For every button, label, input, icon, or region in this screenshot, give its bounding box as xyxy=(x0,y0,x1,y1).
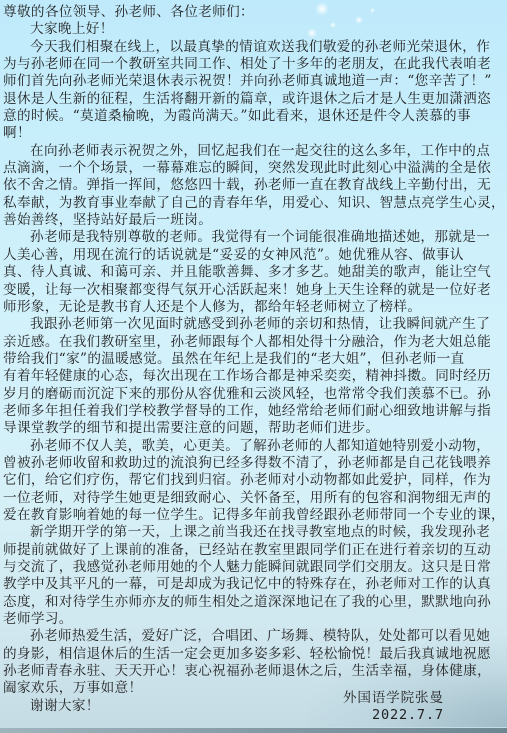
paragraph-5-line: 它们，给它们疗伤，帮它们找到归宿。孙老师对小动物都如此爱护，同样，作为 xyxy=(3,472,503,489)
paragraph-6-line: 与交流了，我感觉孙老师用她的个人魅力能瞬间就跟同学们交朋友。这只是日常 xyxy=(3,559,503,576)
paragraph-4-line: 带给我们“家”的温暖感觉。虽然在年纪上是我们的“老大姐”，但孙老师一直 xyxy=(3,351,503,368)
retirement-speech: 尊敬的各位领导、孙老师、各位老师们： 大家晚上好！ 今天我们相聚在线上，以最真挚… xyxy=(3,4,503,715)
signature: 外国语学院张曼 xyxy=(343,690,444,707)
paragraph-1-line: 退休是人生新的征程，生活将翻开新的篇章，或许退休之后才是人生更加潇洒恣 xyxy=(3,91,503,108)
paragraph-6-line: 老师学习。 xyxy=(3,611,503,628)
paragraph-1-line: 师们首先向孙老师光荣退休表示祝贺！并向孙老师真诚地道一声：“您辛苦了！” xyxy=(3,73,503,90)
paragraph-4-line: 导课堂教学的细节和提出需要注意的问题，帮助老师们进步。 xyxy=(3,420,503,437)
paragraph-6-line: 态度，和对待学生亦师亦友的师生相处之道深深地记在了我的心里，默默地向孙 xyxy=(3,594,503,611)
paragraph-3-line: 真、待人真诚、和蔼可亲、并且能歌善舞、多才多艺。她甜美的歌声，能让空气 xyxy=(3,264,503,281)
greeting: 大家晚上好！ xyxy=(3,21,503,38)
paragraph-4-line: 老师多年担任着我们学校教学督导的工作，她经常给老师们耐心细致地讲解与指 xyxy=(3,403,503,420)
paragraph-1-line: 今天我们相聚在线上，以最真挚的情谊欢送我们敬爱的孙老师光荣退休，作 xyxy=(3,39,503,56)
paragraph-4-line: 亲近感。在我们教研室里，孙老师跟每个人都相处得十分融洽，作为老大姐总能 xyxy=(3,334,503,351)
paragraph-2-line: 依不舍之情。弹指一挥间，悠悠四十载，孙老师一直在教育战线上辛勤付出，无 xyxy=(3,177,503,194)
paragraph-6-line: 师提前就做好了上课前的准备，已经站在教室里跟同学们正在进行着亲切的互动 xyxy=(3,542,503,559)
paragraph-3-line: 师形象，无论是教书育人还是个人修为，都给年轻老师树立了榜样。 xyxy=(3,299,503,316)
paragraph-2-line: 善始善终，坚持站好最后一班岗。 xyxy=(3,212,503,229)
paragraph-4-line: 我跟孙老师第一次见面时就感受到孙老师的亲切和热情，让我瞬间就产生了 xyxy=(3,316,503,333)
date: 2022.7.7 xyxy=(372,707,444,724)
paragraph-6-line: 教学中及其平凡的一幕，可是却成为我记忆中的特殊存在，孙老师对工作的认真 xyxy=(3,576,503,593)
paragraph-4-line: 有着年轻健康的心态，每次出现在工作场合都是神采奕奕，精神抖擞。同时经历 xyxy=(3,368,503,385)
paragraph-7-line: 孙老师热爱生活，爱好广泛，合唱团、广场舞、模特队，处处都可以看见她 xyxy=(3,628,503,645)
paragraph-7-line: 的身影，相信退休后的生活一定会更加多姿多彩、轻松愉悦！最后我真诚地祝愿 xyxy=(3,646,503,663)
paragraph-5-line: 一位老师，对待学生她更是细致耐心、关怀备至，用所有的包容和润物细无声的 xyxy=(3,490,503,507)
paragraph-3-line: 孙老师是我特别尊敬的老师。我觉得有一个词能很准确地描述她，那就是一 xyxy=(3,229,503,246)
paragraph-7-line: 孙老师青春永驻、天天开心！衷心祝福孙老师退休之后，生活幸福，身体健康， xyxy=(3,663,503,680)
paragraph-3-line: 人美心善，用现在流行的话说就是“妥妥的女神风范”。她优雅从容、做事认 xyxy=(3,247,503,264)
paragraph-5-line: 曾被孙老师收留和救助过的流浪狗已经多得数不清了，孙老师都是自己花钱喂养 xyxy=(3,455,503,472)
bottom-border xyxy=(0,728,507,733)
paragraph-6-line: 新学期开学的第一天，上课之前当我还在找寻教室地点的时候，我发现孙老 xyxy=(3,524,503,541)
paragraph-2-line: 在向孙老师表示祝贺之外，回忆起我们在一起交往的这么多年，工作中的点 xyxy=(3,143,503,160)
paragraph-5-line: 爱在教育影响着她的每一位学生。记得多年前我曾经跟孙老师带同一个专业的课， xyxy=(3,507,503,524)
paragraph-4-line: 岁月的磨砺而沉淀下来的那份从容优雅和云淡风轻，也常常令我们羡慕不已。孙 xyxy=(3,386,503,403)
paragraph-2-line: 私奉献，为教育事业奉献了自己的青春年华，用爱心、知识、智慧点亮学生心灵， xyxy=(3,195,503,212)
salutation: 尊敬的各位领导、孙老师、各位老师们： xyxy=(3,4,503,21)
paragraph-2-line: 点滴滴，一个个场景，一幕幕难忘的瞬间，突然发现此时此刻心中溢满的全是依 xyxy=(3,160,503,177)
paragraph-1-line: 为与孙老师在同一个教研室共同工作、相处了十多年的老朋友，在此我代表咱老 xyxy=(3,56,503,73)
paragraph-3-line: 变暖，让每一次相聚都变得气氛开心活跃起来！她身上天生诠释的就是一位好老 xyxy=(3,282,503,299)
paragraph-5-line: 孙老师不仅人美，歌美，心更美。了解孙老师的人都知道她特别爱小动物， xyxy=(3,438,503,455)
paragraph-1-line: 啊！ xyxy=(3,125,503,142)
paragraph-1-line: 意的时候。“莫道桑榆晚，为霞尚满天。”如此看来，退休还是件令人羡慕的事 xyxy=(3,108,503,125)
